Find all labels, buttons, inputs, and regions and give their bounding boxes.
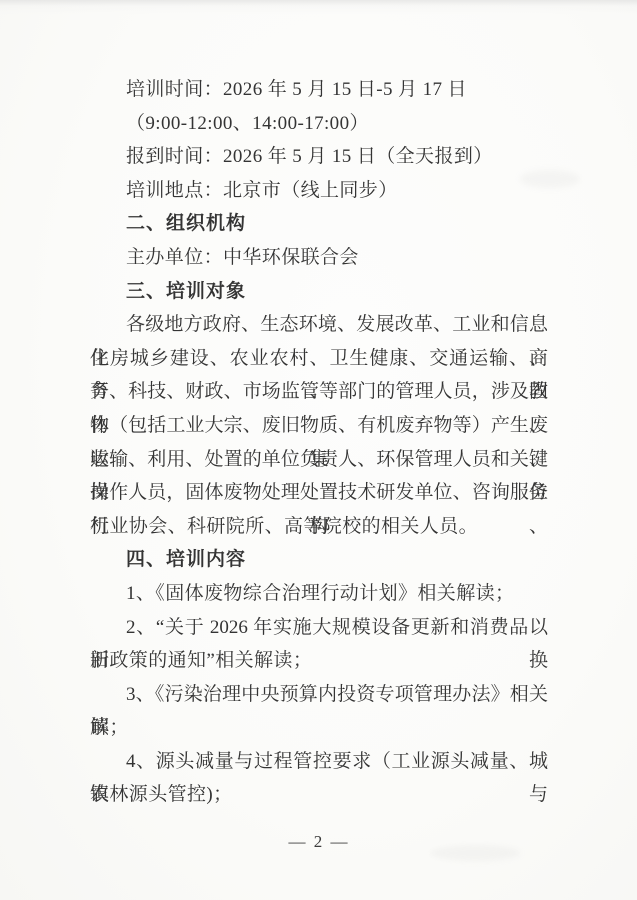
content-item-4: 4、源头减量与过程管控要求（工业源头减量、城镇与: [90, 745, 548, 779]
section-4-heading: 四、培训内容: [90, 543, 548, 577]
content-item-3-continued: 读；: [90, 711, 548, 745]
document-body: 培训时间：2026 年 5 月 15 日-5 月 17 日 （9:00-12:0…: [90, 73, 548, 812]
audience-paragraph-line: 物（包括工业大宗、废旧物质、有机废弃物等）产生、收集、: [90, 409, 548, 443]
content-item-2: 2、“关于 2026 年实施大规模设备更新和消费品以旧换: [90, 611, 548, 645]
training-location-line: 培训地点：北京市（线上同步）: [90, 174, 548, 208]
training-hours-line: （9:00-12:00、14:00-17:00）: [90, 107, 548, 141]
section-2-heading: 二、组织机构: [90, 207, 548, 241]
registration-time-line: 报到时间：2026 年 5 月 15 日（全天报到）: [90, 140, 548, 174]
audience-paragraph-line: 操作人员，固体废物处理处置技术研发单位、咨询服务机构、: [90, 476, 548, 510]
audience-paragraph-line: 住房城乡建设、农业农村、卫生健康、交通运输、商务、教: [90, 342, 548, 376]
organizer-line: 主办单位：中华环保联合会: [90, 241, 548, 275]
section-3-heading: 三、培训对象: [90, 275, 548, 309]
content-item-3: 3、《污染治理中央预算内投资专项管理办法》相关解: [90, 678, 548, 712]
document-page: 培训时间：2026 年 5 月 15 日-5 月 17 日 （9:00-12:0…: [0, 0, 637, 900]
content-item-1: 1、《固体废物综合治理行动计划》相关解读；: [90, 577, 548, 611]
audience-paragraph-line: 运输、利用、处置的单位负责人、环保管理人员和关键岗位: [90, 443, 548, 477]
training-time-line: 培训时间：2026 年 5 月 15 日-5 月 17 日: [90, 73, 548, 107]
audience-paragraph-line: 育、科技、财政、市场监管等部门的管理人员，涉及固体废: [90, 375, 548, 409]
page-number: — 2 —: [90, 832, 548, 852]
audience-paragraph-line: 各级地方政府、生态环境、发展改革、工业和信息化、: [90, 308, 548, 342]
